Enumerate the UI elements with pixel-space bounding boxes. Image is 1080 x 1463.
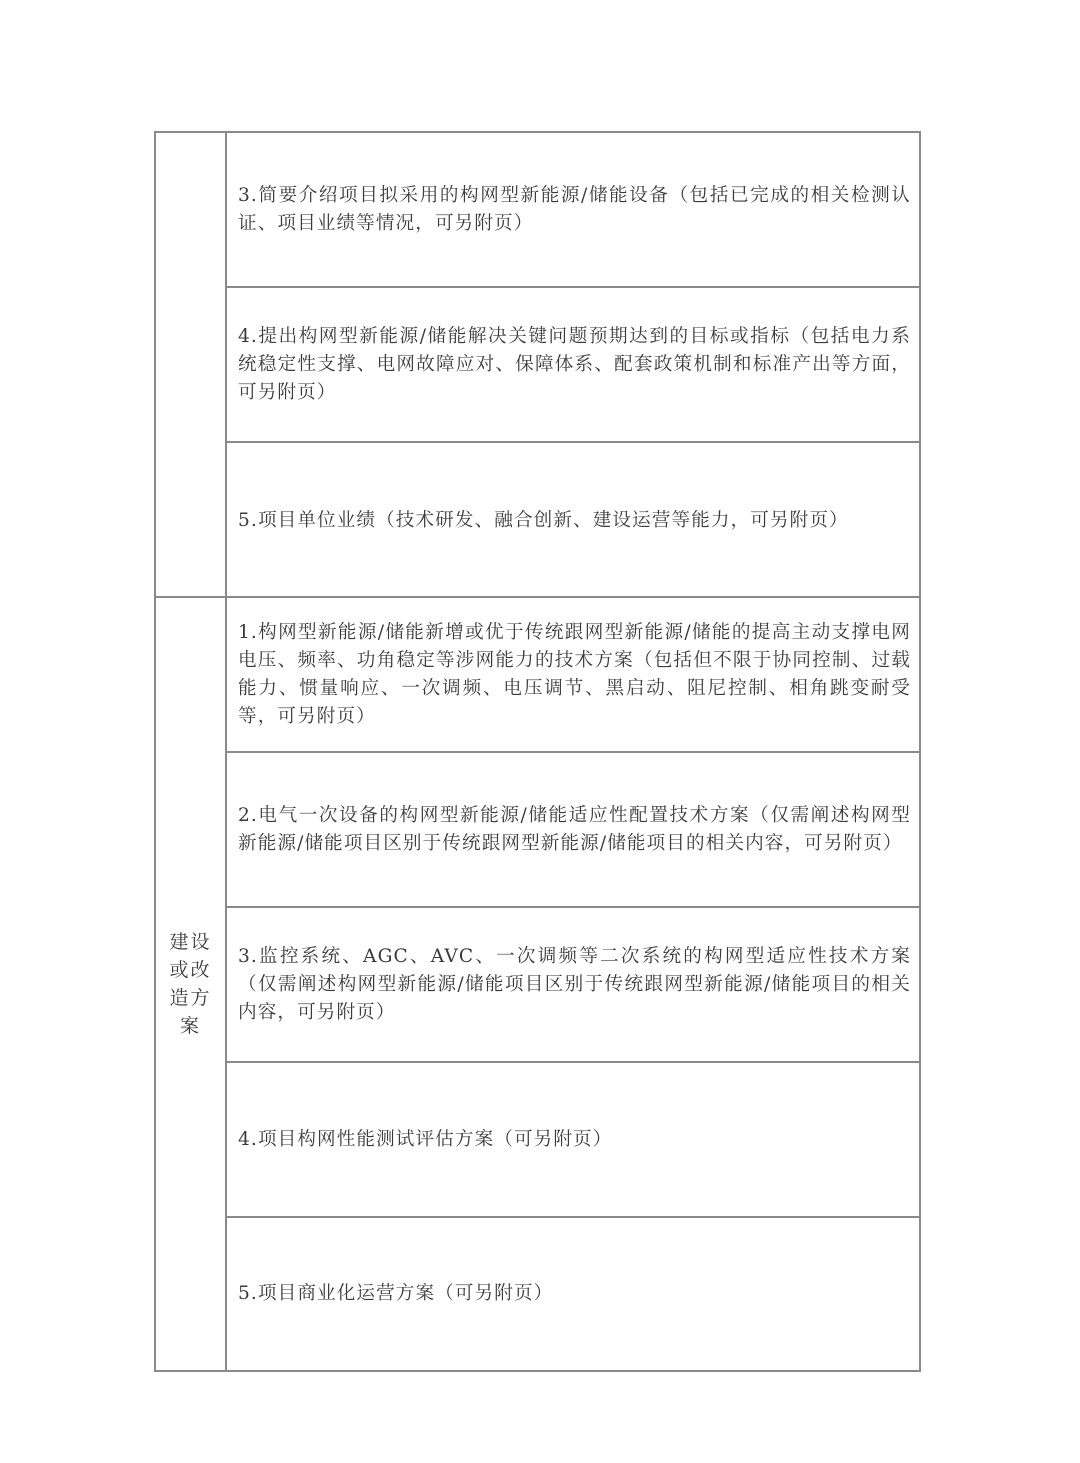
- section-project-overview: 3.简要介绍项目拟采用的构网型新能源/储能设备（包括已完成的相关检测认证、项目业…: [156, 133, 919, 597]
- row-prompt-secondary-systems: 3.监控系统、AGC、AVC、一次调频等二次系统的构网型适应性技术方案（仅需阐述…: [238, 943, 911, 1027]
- form-row[interactable]: 1.构网型新能源/储能新增或优于传统跟网型新能源/储能的提高主动支撑电网电压、频…: [227, 598, 919, 753]
- section-label-cell: 建设或改造方案: [156, 598, 227, 1370]
- form-row[interactable]: 5.项目单位业绩（技术研发、融合创新、建设运营等能力，可另附页）: [227, 443, 919, 598]
- row-prompt-primary-equipment: 2.电气一次设备的构网型新能源/储能适应性配置技术方案（仅需阐述构网型新能源/储…: [238, 802, 911, 858]
- section-label-cell: [156, 133, 227, 597]
- row-prompt-targets: 4.提出构网型新能源/储能解决关键问题预期达到的目标或指标（包括电力系统稳定性支…: [238, 323, 911, 407]
- row-prompt-technical-plan: 1.构网型新能源/储能新增或优于传统跟网型新能源/储能的提高主动支撑电网电压、频…: [238, 619, 911, 731]
- form-row[interactable]: 3.监控系统、AGC、AVC、一次调频等二次系统的构网型适应性技术方案（仅需阐述…: [227, 908, 919, 1063]
- form-row[interactable]: 3.简要介绍项目拟采用的构网型新能源/储能设备（包括已完成的相关检测认证、项目业…: [227, 133, 919, 288]
- row-prompt-commercial-operation: 5.项目商业化运营方案（可另附页）: [238, 1280, 553, 1308]
- form-row[interactable]: 2.电气一次设备的构网型新能源/储能适应性配置技术方案（仅需阐述构网型新能源/储…: [227, 753, 919, 908]
- application-form-table: 3.简要介绍项目拟采用的构网型新能源/储能设备（包括已完成的相关检测认证、项目业…: [154, 131, 921, 1372]
- form-row[interactable]: 4.项目构网性能测试评估方案（可另附页）: [227, 1063, 919, 1218]
- section-label: 建设或改造方案: [169, 928, 213, 1040]
- row-prompt-equipment: 3.简要介绍项目拟采用的构网型新能源/储能设备（包括已完成的相关检测认证、项目业…: [238, 182, 911, 238]
- form-row[interactable]: 4.提出构网型新能源/储能解决关键问题预期达到的目标或指标（包括电力系统稳定性支…: [227, 288, 919, 443]
- row-prompt-unit-performance: 5.项目单位业绩（技术研发、融合创新、建设运营等能力，可另附页）: [238, 507, 849, 535]
- section-construction-plan: 建设或改造方案 1.构网型新能源/储能新增或优于传统跟网型新能源/储能的提高主动…: [156, 598, 919, 1370]
- form-row[interactable]: 5.项目商业化运营方案（可另附页）: [227, 1218, 919, 1370]
- row-prompt-test-evaluation: 4.项目构网性能测试评估方案（可另附页）: [238, 1126, 612, 1154]
